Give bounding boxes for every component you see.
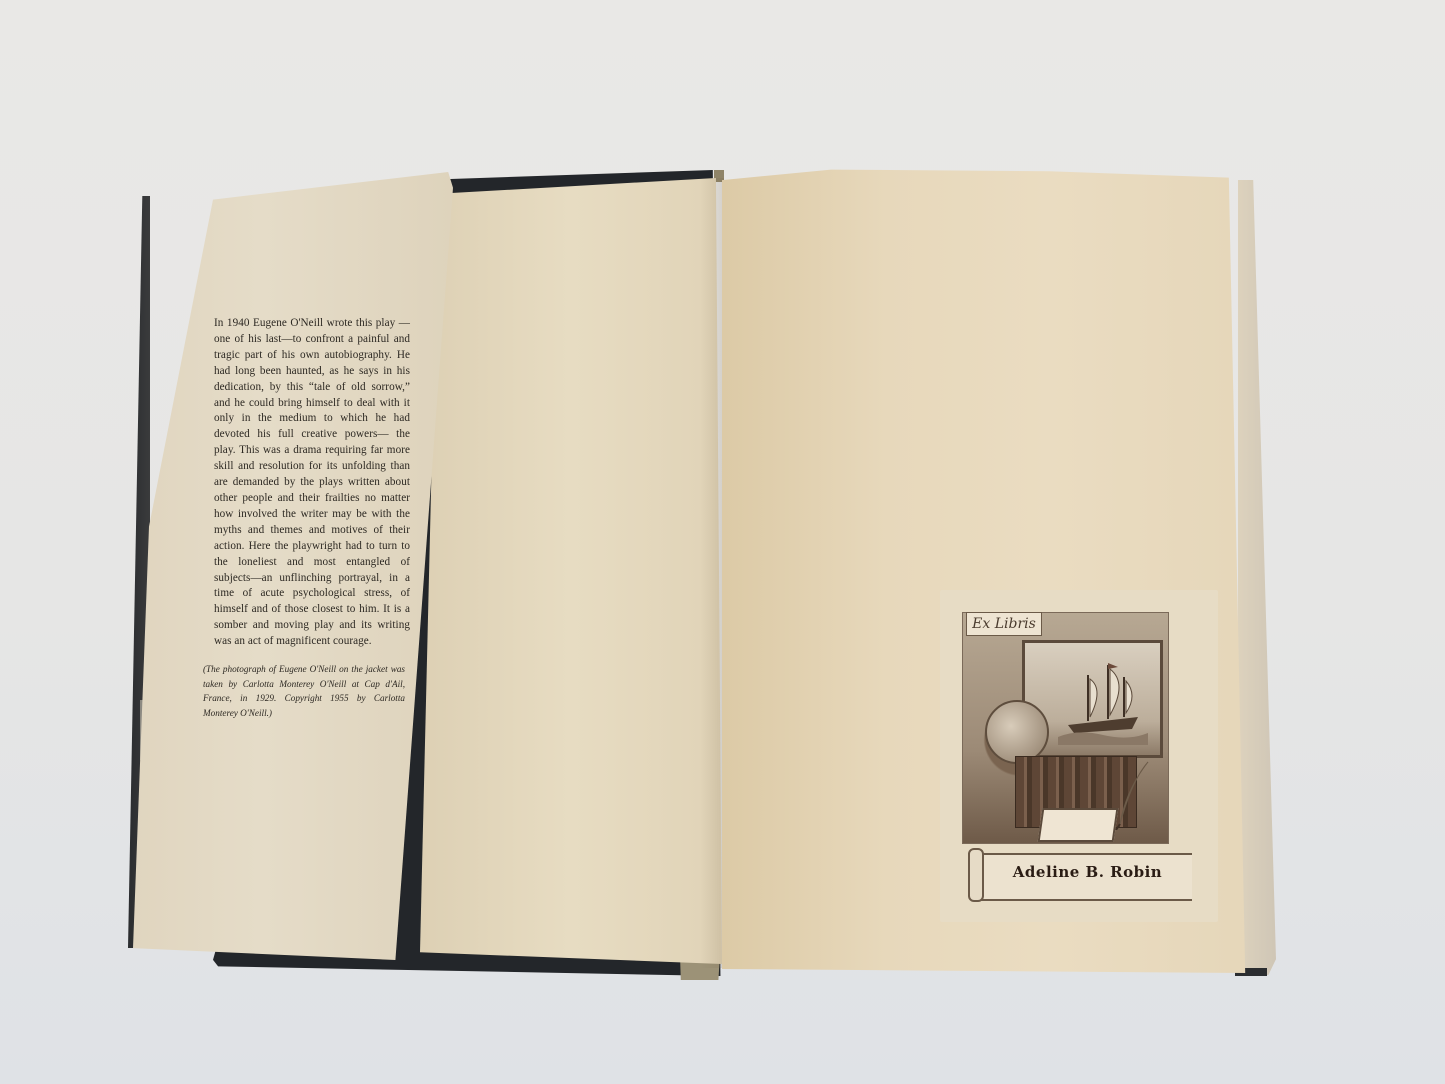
globe-icon <box>985 700 1049 764</box>
sailing-ship-icon <box>1058 655 1148 745</box>
photo-credit-text: (The photograph of Eugene O'Neill on the… <box>203 662 405 720</box>
bookplate-owner-name: Adeline B. Robin <box>990 863 1185 881</box>
jacket-blurb-text: In 1940 Eugene O'Neill wrote this play —… <box>214 316 410 650</box>
open-book-icon <box>1038 808 1119 842</box>
left-endpaper <box>420 178 722 968</box>
jacket-blurb: In 1940 Eugene O'Neill wrote this play —… <box>214 316 410 650</box>
page-block-edge <box>1238 180 1276 975</box>
scroll-end-icon <box>968 848 984 902</box>
ex-libris-label: Ex Libris <box>966 612 1042 636</box>
gutter-shadow <box>700 178 724 968</box>
photo-credit: (The photograph of Eugene O'Neill on the… <box>203 662 405 720</box>
quill-pen-icon <box>1112 760 1152 830</box>
